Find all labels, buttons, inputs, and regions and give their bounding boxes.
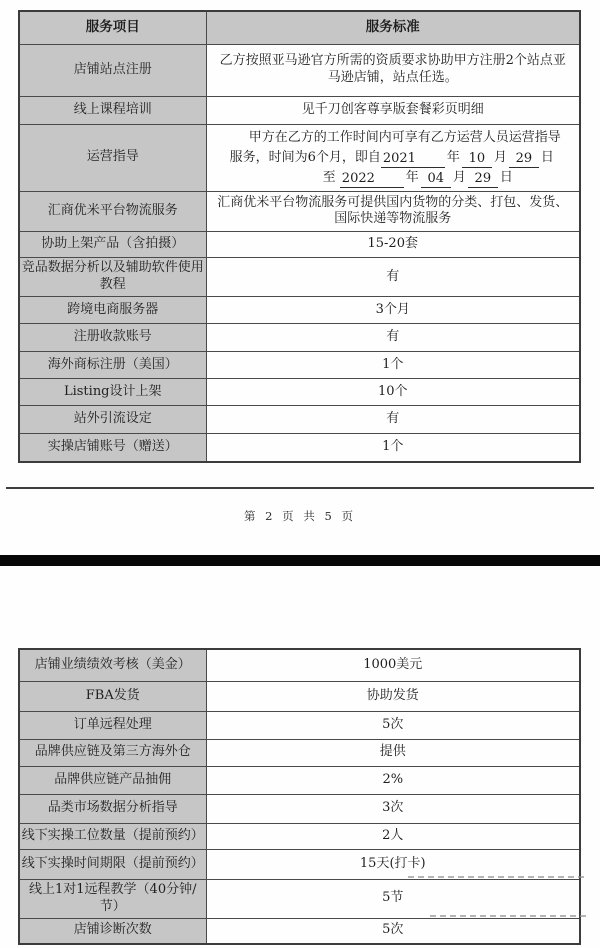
service-standard-cell: 1000美元 (206, 649, 580, 681)
service-table-page3: 店铺业绩绩效考核（美金） 1000美元 FBA发货 协助发货 订单远程处理 5次… (18, 648, 581, 945)
guidance-start-year: 2021 (381, 150, 445, 168)
unit-day: 日 (539, 150, 556, 165)
service-standard-cell: 3个月 (206, 297, 580, 324)
service-standard-cell: 15天(打卡) (206, 849, 580, 879)
header-service-standard: 服务标准 (206, 11, 580, 44)
service-item-cell: 协助上架产品（含拍摄） (19, 232, 206, 258)
service-table-page2: 服务项目 服务标准 店铺站点注册 乙方按照亚马逊官方所需的资质要求协助甲方注册2… (18, 10, 581, 463)
unit-day: 日 (498, 170, 515, 185)
table-row: 品牌供应链产品抽佣 2% (19, 766, 580, 794)
table-row: FBA发货 协助发货 (19, 681, 580, 711)
table-row: 店铺业绩绩效考核（美金） 1000美元 (19, 649, 580, 681)
scan-artifact-dashes (430, 915, 586, 917)
guidance-end-day: 29 (468, 170, 498, 188)
service-standard-cell: 5次 (206, 711, 580, 739)
service-item-cell: 竞品数据分析以及辅助软件使用教程 (19, 258, 206, 297)
service-item-cell: 订单远程处理 (19, 711, 206, 739)
table-row: 跨境电商服务器 3个月 (19, 297, 580, 324)
service-standard-cell: 提供 (206, 739, 580, 766)
table-row: 汇商优米平台物流服务 汇商优米平台物流服务可提供国内货物的分类、打包、发货、国际… (19, 191, 580, 232)
service-item-cell: 站外引流设定 (19, 406, 206, 434)
table-row: 竞品数据分析以及辅助软件使用教程 有 (19, 258, 580, 297)
service-standard-cell: 有 (206, 406, 580, 434)
table-row: Listing设计上架 10个 (19, 379, 580, 406)
unit-year: 年 (404, 170, 421, 185)
service-item-cell: 海外商标注册（美国） (19, 352, 206, 379)
service-item-cell: 品类市场数据分析指导 (19, 794, 206, 823)
service-standard-cell: 2人 (206, 823, 580, 849)
footer-rule (6, 487, 594, 489)
page-number: 第 2 页 共 5 页 (0, 508, 600, 524)
table-row: 协助上架产品（含拍摄） 15-20套 (19, 232, 580, 258)
service-item-cell: 品牌供应链及第三方海外仓 (19, 739, 206, 766)
service-item-cell: 店铺业绩绩效考核（美金） (19, 649, 206, 681)
service-item-cell: 汇商优米平台物流服务 (19, 191, 206, 232)
guidance-line2-prefix: 服务，时间为6个月，即自 (230, 150, 381, 165)
table-row: 注册收款账号 有 (19, 324, 580, 352)
service-item-cell: 实操店铺账号（赠送） (19, 434, 206, 462)
guidance-line1: 甲方在乙方的工作时间内可享有乙方运营人员运营指导 (241, 128, 570, 148)
service-standard-cell: 协助发货 (206, 681, 580, 711)
service-standard-cell: 5节 (206, 879, 580, 918)
service-standard-cell: 2% (206, 766, 580, 794)
service-item-cell: 跨境电商服务器 (19, 297, 206, 324)
service-item-cell: 线下实操工位数量（提前预约） (19, 823, 206, 849)
service-item-cell: 店铺诊断次数 (19, 918, 206, 944)
page-break-bar (0, 555, 600, 566)
service-item-cell: 运营指导 (19, 124, 206, 191)
service-item-cell: 线上课程培训 (19, 96, 206, 124)
service-standard-cell: 10个 (206, 379, 580, 406)
service-item-cell: 线上1对1远程教学（40分钟/节） (19, 879, 206, 918)
guidance-end-year: 2022 (340, 170, 404, 188)
service-standard-cell: 15-20套 (206, 232, 580, 258)
table-row: 订单远程处理 5次 (19, 711, 580, 739)
table-row: 站外引流设定 有 (19, 406, 580, 434)
service-standard-cell: 见千刀创客尊享版套餐彩页明细 (206, 96, 580, 124)
service-item-cell: 店铺站点注册 (19, 44, 206, 96)
table-row: 线上课程培训 见千刀创客尊享版套餐彩页明细 (19, 96, 580, 124)
service-item-cell: 品牌供应链产品抽佣 (19, 766, 206, 794)
service-standard-cell: 汇商优米平台物流服务可提供国内货物的分类、打包、发货、国际快递等物流服务 (206, 191, 580, 232)
service-standard-cell: 1个 (206, 434, 580, 462)
guidance-line2: 服务，时间为6个月，即自2021年10月29日 (217, 148, 570, 168)
guidance-end-month: 04 (421, 170, 451, 188)
table-row: 线下实操时间期限（提前预约） 15天(打卡) (19, 849, 580, 879)
document-page: 服务项目 服务标准 店铺站点注册 乙方按照亚马逊官方所需的资质要求协助甲方注册2… (0, 0, 600, 948)
service-item-cell: 注册收款账号 (19, 324, 206, 352)
unit-month: 月 (492, 150, 509, 165)
table-row-operation-guidance: 运营指导 甲方在乙方的工作时间内可享有乙方运营人员运营指导 服务，时间为6个月，… (19, 124, 580, 191)
table-row: 品类市场数据分析指导 3次 (19, 794, 580, 823)
service-item-cell: 线下实操时间期限（提前预约） (19, 849, 206, 879)
service-item-cell: Listing设计上架 (19, 379, 206, 406)
table-row: 店铺诊断次数 5次 (19, 918, 580, 944)
table-header-row: 服务项目 服务标准 (19, 11, 580, 44)
service-standard-cell: 1个 (206, 352, 580, 379)
table-row: 品牌供应链及第三方海外仓 提供 (19, 739, 580, 766)
table-row: 店铺站点注册 乙方按照亚马逊官方所需的资质要求协助甲方注册2个站点亚马逊店铺，站… (19, 44, 580, 96)
scan-artifact-dashes (408, 876, 584, 878)
table-row: 海外商标注册（美国） 1个 (19, 352, 580, 379)
table-row: 线下实操工位数量（提前预约） 2人 (19, 823, 580, 849)
service-standard-cell: 乙方按照亚马逊官方所需的资质要求协助甲方注册2个站点亚马逊店铺，站点任选。 (206, 44, 580, 96)
service-standard-cell: 3次 (206, 794, 580, 823)
unit-month: 月 (451, 170, 468, 185)
service-standard-cell: 5次 (206, 918, 580, 944)
service-item-cell: FBA发货 (19, 681, 206, 711)
unit-year: 年 (445, 150, 462, 165)
guidance-line3: 至 2022年04月29日 (269, 168, 570, 188)
service-standard-cell: 甲方在乙方的工作时间内可享有乙方运营人员运营指导 服务，时间为6个月，即自202… (206, 124, 580, 191)
service-standard-cell: 有 (206, 258, 580, 297)
table-row: 实操店铺账号（赠送） 1个 (19, 434, 580, 462)
guidance-start-day: 29 (509, 150, 539, 168)
header-service-item: 服务项目 (19, 11, 206, 44)
service-standard-cell: 有 (206, 324, 580, 352)
guidance-line3-prefix: 至 (323, 170, 336, 185)
table-row: 线上1对1远程教学（40分钟/节） 5节 (19, 879, 580, 918)
guidance-start-month: 10 (462, 150, 492, 168)
